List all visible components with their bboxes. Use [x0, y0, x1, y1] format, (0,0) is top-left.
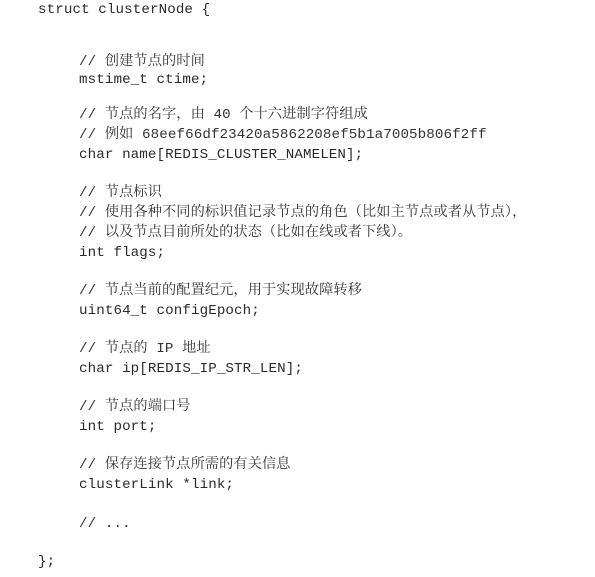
comment-name-2: // 例如 68eef66df23420a5862208ef5b1a7005b8…	[79, 126, 487, 144]
comment-ctime: // 创建节点的时间	[79, 53, 205, 71]
field-ctime: mstime_t ctime;	[79, 71, 208, 89]
code-listing: struct clusterNode { // 创建节点的时间 mstime_t…	[0, 0, 595, 577]
comment-port: // 节点的端口号	[79, 398, 191, 416]
comment-link: // 保存连接节点所需的有关信息	[79, 456, 291, 474]
field-name: char name[REDIS_CLUSTER_NAMELEN];	[79, 146, 363, 164]
field-flags: int flags;	[79, 244, 165, 262]
comment-ip: // 节点的 IP 地址	[79, 340, 211, 358]
comment-flags-3: // 以及节点目前所处的状态（比如在线或者下线）。	[79, 224, 412, 242]
comment-flags-2: // 使用各种不同的标识值记录节点的角色（比如主节点或者从节点），	[79, 204, 526, 222]
field-config-epoch: uint64_t configEpoch;	[79, 302, 260, 320]
comment-name-1: // 节点的名字，由 40 个十六进制字符组成	[79, 106, 368, 124]
struct-open-line: struct clusterNode {	[38, 1, 210, 19]
comment-config-epoch: // 节点当前的配置纪元，用于实现故障转移	[79, 282, 362, 300]
struct-close-line: };	[38, 553, 55, 571]
comment-flags-1: // 节点标识	[79, 184, 162, 202]
comment-ellipsis: // ...	[79, 515, 131, 533]
field-port: int port;	[79, 418, 157, 436]
field-link: clusterLink *link;	[79, 476, 234, 494]
field-ip: char ip[REDIS_IP_STR_LEN];	[79, 360, 303, 378]
